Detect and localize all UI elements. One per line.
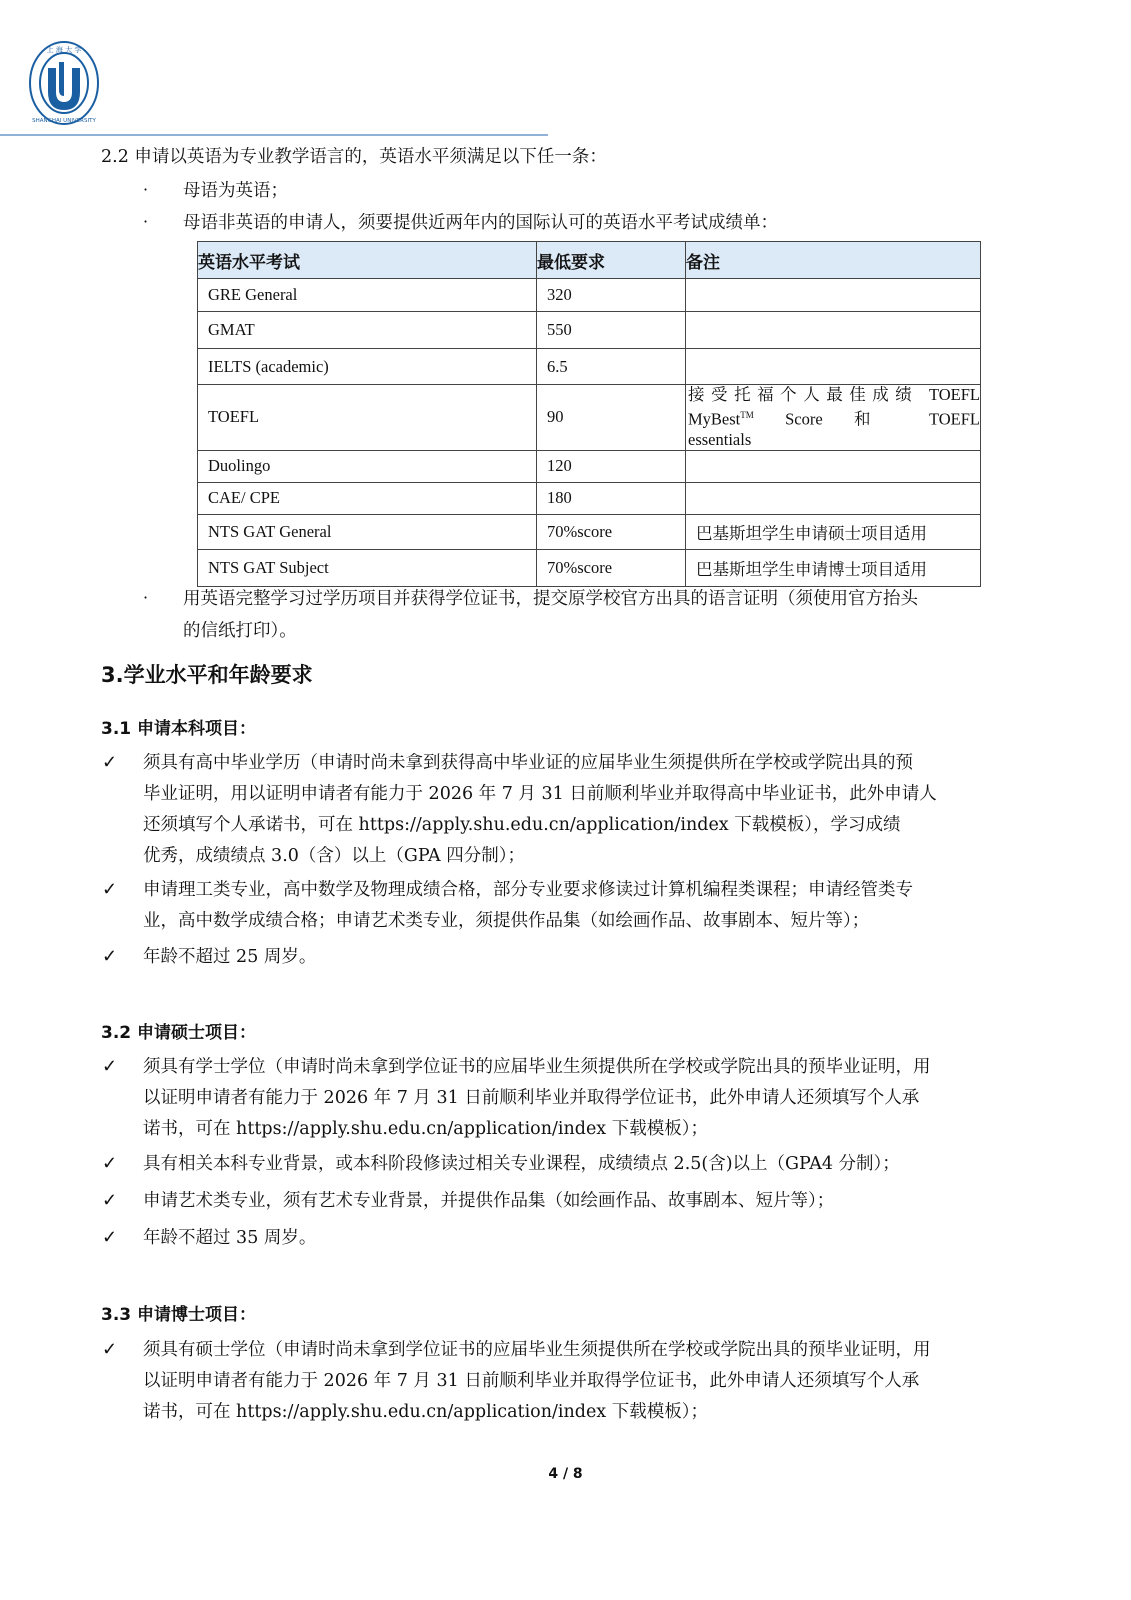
text-line: 申请理工类专业，高中数学及物理成绩合格，部分专业要求修读过计算机编程类课程；申请… (143, 875, 1033, 906)
note-text: Score 和 TOEFL (754, 410, 980, 429)
note-line: 接受托福个人最佳成绩 TOEFL (688, 385, 980, 405)
bullet-non-native-english: 母语非英语的申请人，须要提供近两年内的国际认可的英语水平考试成绩单： (183, 212, 778, 234)
exam-min: 6.5 (537, 349, 686, 385)
exam-name: Duolingo (198, 450, 537, 482)
trademark-mark: TM (740, 410, 754, 420)
section-3-title: 3.学业水平和年龄要求 (101, 659, 313, 689)
exam-min: 550 (537, 312, 686, 349)
check-icon: ✓ (102, 879, 117, 900)
text-line: 以证明申请者有能力于 2026 年 7 月 31 日前顺利毕业并取得学位证书，此… (143, 1366, 1033, 1397)
exam-note (686, 312, 981, 349)
text-line: 年龄不超过 25 周岁。 (143, 942, 1033, 973)
requirement-item: 申请理工类专业，高中数学及物理成绩合格，部分专业要求修读过计算机编程类课程；申请… (143, 875, 1033, 937)
text-line: 年龄不超过 35 周岁。 (143, 1223, 1033, 1254)
english-exam-table: 英语水平考试 最低要求 备注 GRE General 320 GMAT 550 … (197, 241, 981, 587)
col-header-exam: 英语水平考试 (198, 242, 537, 279)
table-row: IELTS (academic) 6.5 (198, 349, 981, 385)
page-number: 4 / 8 (0, 1466, 1131, 1482)
section-2-2-title: 2.2 申请以英语为专业教学语言的，英语水平须满足以下任一条： (101, 146, 607, 168)
check-icon: ✓ (102, 1227, 117, 1248)
text-line: 优秀，成绩绩点 3.0（含）以上（GPA 四分制）； (143, 841, 1033, 872)
section-3-3-title: 3.3 申请博士项目： (101, 1300, 256, 1325)
note-text: MyBest (688, 410, 740, 429)
text-line: 诺书，可在 https://apply.shu.edu.cn/applicati… (143, 1114, 1033, 1145)
text-line: 须具有学士学位（申请时尚未拿到学位证书的应届毕业生须提供所在学校或学院出具的预毕… (143, 1052, 1033, 1083)
bullet-icon: · (143, 180, 148, 199)
requirement-item: 须具有学士学位（申请时尚未拿到学位证书的应届毕业生须提供所在学校或学院出具的预毕… (143, 1052, 1033, 1145)
bullet-icon: · (143, 588, 148, 607)
svg-text:上 海 大 学: 上 海 大 学 (47, 45, 82, 54)
exam-note: 接受托福个人最佳成绩 TOEFL MyBestTM Score 和 TOEFL … (686, 385, 981, 451)
text-line: 毕业证明，用以证明申请者有能力于 2026 年 7 月 31 日前顺利毕业并取得… (143, 779, 1033, 810)
table-row: GMAT 550 (198, 312, 981, 349)
note-line: essentials (688, 430, 980, 450)
table-header-row: 英语水平考试 最低要求 备注 (198, 242, 981, 279)
exam-note: 巴基斯坦学生申请硕士项目适用 (686, 514, 981, 549)
text-line: 申请艺术类专业，须有艺术专业背景，并提供作品集（如绘画作品、故事剧本、短片等）； (143, 1186, 1033, 1217)
col-header-note: 备注 (686, 242, 981, 279)
table-row: NTS GAT General 70%score 巴基斯坦学生申请硕士项目适用 (198, 514, 981, 549)
exam-name: NTS GAT Subject (198, 549, 537, 586)
requirement-item: 须具有硕士学位（申请时尚未拿到学位证书的应届毕业生须提供所在学校或学院出具的预毕… (143, 1335, 1033, 1428)
section-3-1-title: 3.1 申请本科项目： (101, 714, 256, 739)
bullet-english-degree-line1: 用英语完整学习过学历项目并获得学位证书，提交原学校官方出具的语言证明（须使用官方… (183, 588, 918, 610)
check-icon: ✓ (102, 1339, 117, 1360)
exam-min: 180 (537, 482, 686, 514)
svg-text:SHANGHAI UNIVERSITY: SHANGHAI UNIVERSITY (32, 118, 96, 124)
exam-note (686, 279, 981, 312)
text-line: 业，高中数学成绩合格；申请艺术类专业，须提供作品集（如绘画作品、故事剧本、短片等… (143, 906, 1033, 937)
bullet-icon: · (143, 212, 148, 231)
exam-note (686, 450, 981, 482)
table-row: CAE/ CPE 180 (198, 482, 981, 514)
text-line: 以证明申请者有能力于 2026 年 7 月 31 日前顺利毕业并取得学位证书，此… (143, 1083, 1033, 1114)
exam-min: 70%score (537, 549, 686, 586)
bullet-english-degree-line2: 的信纸打印）。 (183, 620, 297, 642)
text-line: 须具有硕士学位（申请时尚未拿到学位证书的应届毕业生须提供所在学校或学院出具的预毕… (143, 1335, 1033, 1366)
section-3-2-title: 3.2 申请硕士项目： (101, 1018, 256, 1043)
text-line: 还须填写个人承诺书，可在 https://apply.shu.edu.cn/ap… (143, 810, 1033, 841)
exam-name: GRE General (198, 279, 537, 312)
table-row: GRE General 320 (198, 279, 981, 312)
col-header-min: 最低要求 (537, 242, 686, 279)
text-line: 诺书，可在 https://apply.shu.edu.cn/applicati… (143, 1397, 1033, 1428)
exam-min: 70%score (537, 514, 686, 549)
exam-min: 120 (537, 450, 686, 482)
text-line: 须具有高中毕业学历（申请时尚未拿到获得高中毕业证的应届毕业生须提供所在学校或学院… (143, 748, 1033, 779)
table-row: NTS GAT Subject 70%score 巴基斯坦学生申请博士项目适用 (198, 549, 981, 586)
exam-name: TOEFL (198, 385, 537, 451)
check-icon: ✓ (102, 946, 117, 967)
exam-name: CAE/ CPE (198, 482, 537, 514)
table-row: TOEFL 90 接受托福个人最佳成绩 TOEFL MyBestTM Score… (198, 385, 981, 451)
exam-name: NTS GAT General (198, 514, 537, 549)
check-icon: ✓ (102, 1056, 117, 1077)
table-row: Duolingo 120 (198, 450, 981, 482)
shanghai-university-logo: 上 海 大 学 SHANGHAI UNIVERSITY (28, 40, 100, 126)
bullet-native-english: 母语为英语； (183, 180, 288, 202)
check-icon: ✓ (102, 1153, 117, 1174)
text-line: 具有相关本科专业背景，或本科阶段修读过相关专业课程，成绩绩点 2.5(含)以上（… (143, 1149, 1033, 1180)
check-icon: ✓ (102, 1190, 117, 1211)
note-line: MyBestTM Score 和 TOEFL (688, 405, 980, 430)
requirement-item: 须具有高中毕业学历（申请时尚未拿到获得高中毕业证的应届毕业生须提供所在学校或学院… (143, 748, 1033, 872)
header-divider (0, 134, 548, 136)
exam-note: 巴基斯坦学生申请博士项目适用 (686, 549, 981, 586)
check-icon: ✓ (102, 752, 117, 773)
exam-note (686, 349, 981, 385)
requirement-item: 年龄不超过 25 周岁。 (143, 942, 1033, 973)
requirement-item: 具有相关本科专业背景，或本科阶段修读过相关专业课程，成绩绩点 2.5(含)以上（… (143, 1149, 1033, 1180)
exam-note (686, 482, 981, 514)
requirement-item: 年龄不超过 35 周岁。 (143, 1223, 1033, 1254)
requirement-item: 申请艺术类专业，须有艺术专业背景，并提供作品集（如绘画作品、故事剧本、短片等）； (143, 1186, 1033, 1217)
exam-min: 320 (537, 279, 686, 312)
exam-name: IELTS (academic) (198, 349, 537, 385)
exam-min: 90 (537, 385, 686, 451)
exam-name: GMAT (198, 312, 537, 349)
